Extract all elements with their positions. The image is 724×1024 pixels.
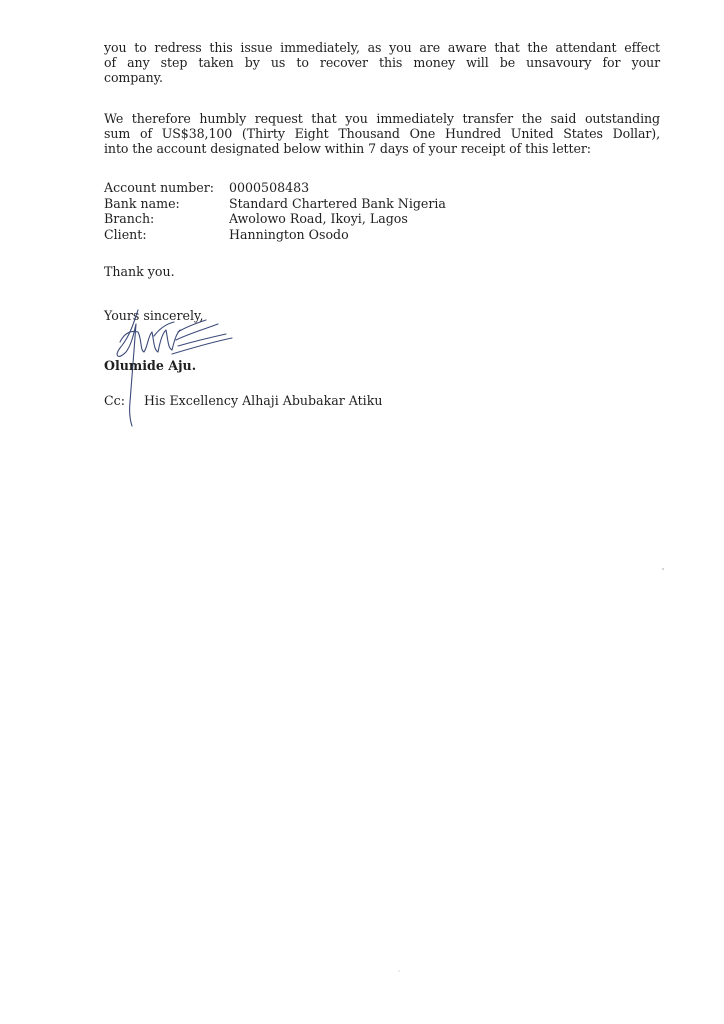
cc-recipient: His Excellency Alhaji Abubakar Atiku xyxy=(144,393,382,408)
paragraph-transfer-request: We therefore humbly request that you imm… xyxy=(104,111,660,156)
thank-you-line: Thank you. xyxy=(104,264,175,279)
client-label: Client: xyxy=(104,227,229,243)
client-row: Client: Hannington Osodo xyxy=(104,227,446,243)
text-line: We therefore humbly request that you imm… xyxy=(104,111,660,126)
bank-name-value: Standard Chartered Bank Nigeria xyxy=(229,196,446,212)
letter-page: you to redress this issue immediately, a… xyxy=(0,0,724,1024)
signer-name: Olumide Aju. xyxy=(104,358,196,373)
cc-label: Cc: xyxy=(104,393,144,408)
text-line: company. xyxy=(104,70,660,85)
scan-speck xyxy=(398,970,400,972)
closing-salutation: Yours sincerely, xyxy=(104,308,203,323)
paragraph-redress-warning: you to redress this issue immediately, a… xyxy=(104,40,660,85)
bank-name-row: Bank name: Standard Chartered Bank Niger… xyxy=(104,196,446,212)
account-number-label: Account number: xyxy=(104,180,229,196)
account-number-row: Account number: 0000508483 xyxy=(104,180,446,196)
client-value: Hannington Osodo xyxy=(229,227,349,243)
text-line: sum of US$38,100 (Thirty Eight Thousand … xyxy=(104,126,660,141)
text-line: of any step taken by us to recover this … xyxy=(104,55,660,70)
account-number-value: 0000508483 xyxy=(229,180,309,196)
text-line: you to redress this issue immediately, a… xyxy=(104,40,660,55)
branch-value: Awolowo Road, Ikoyi, Lagos xyxy=(229,211,408,227)
account-details-table: Account number: 0000508483 Bank name: St… xyxy=(104,180,446,242)
text-line: into the account designated below within… xyxy=(104,141,660,156)
branch-label: Branch: xyxy=(104,211,229,227)
branch-row: Branch: Awolowo Road, Ikoyi, Lagos xyxy=(104,211,446,227)
carbon-copy-line: Cc: His Excellency Alhaji Abubakar Atiku xyxy=(104,393,382,408)
bank-name-label: Bank name: xyxy=(104,196,229,212)
scan-speck xyxy=(662,568,664,570)
